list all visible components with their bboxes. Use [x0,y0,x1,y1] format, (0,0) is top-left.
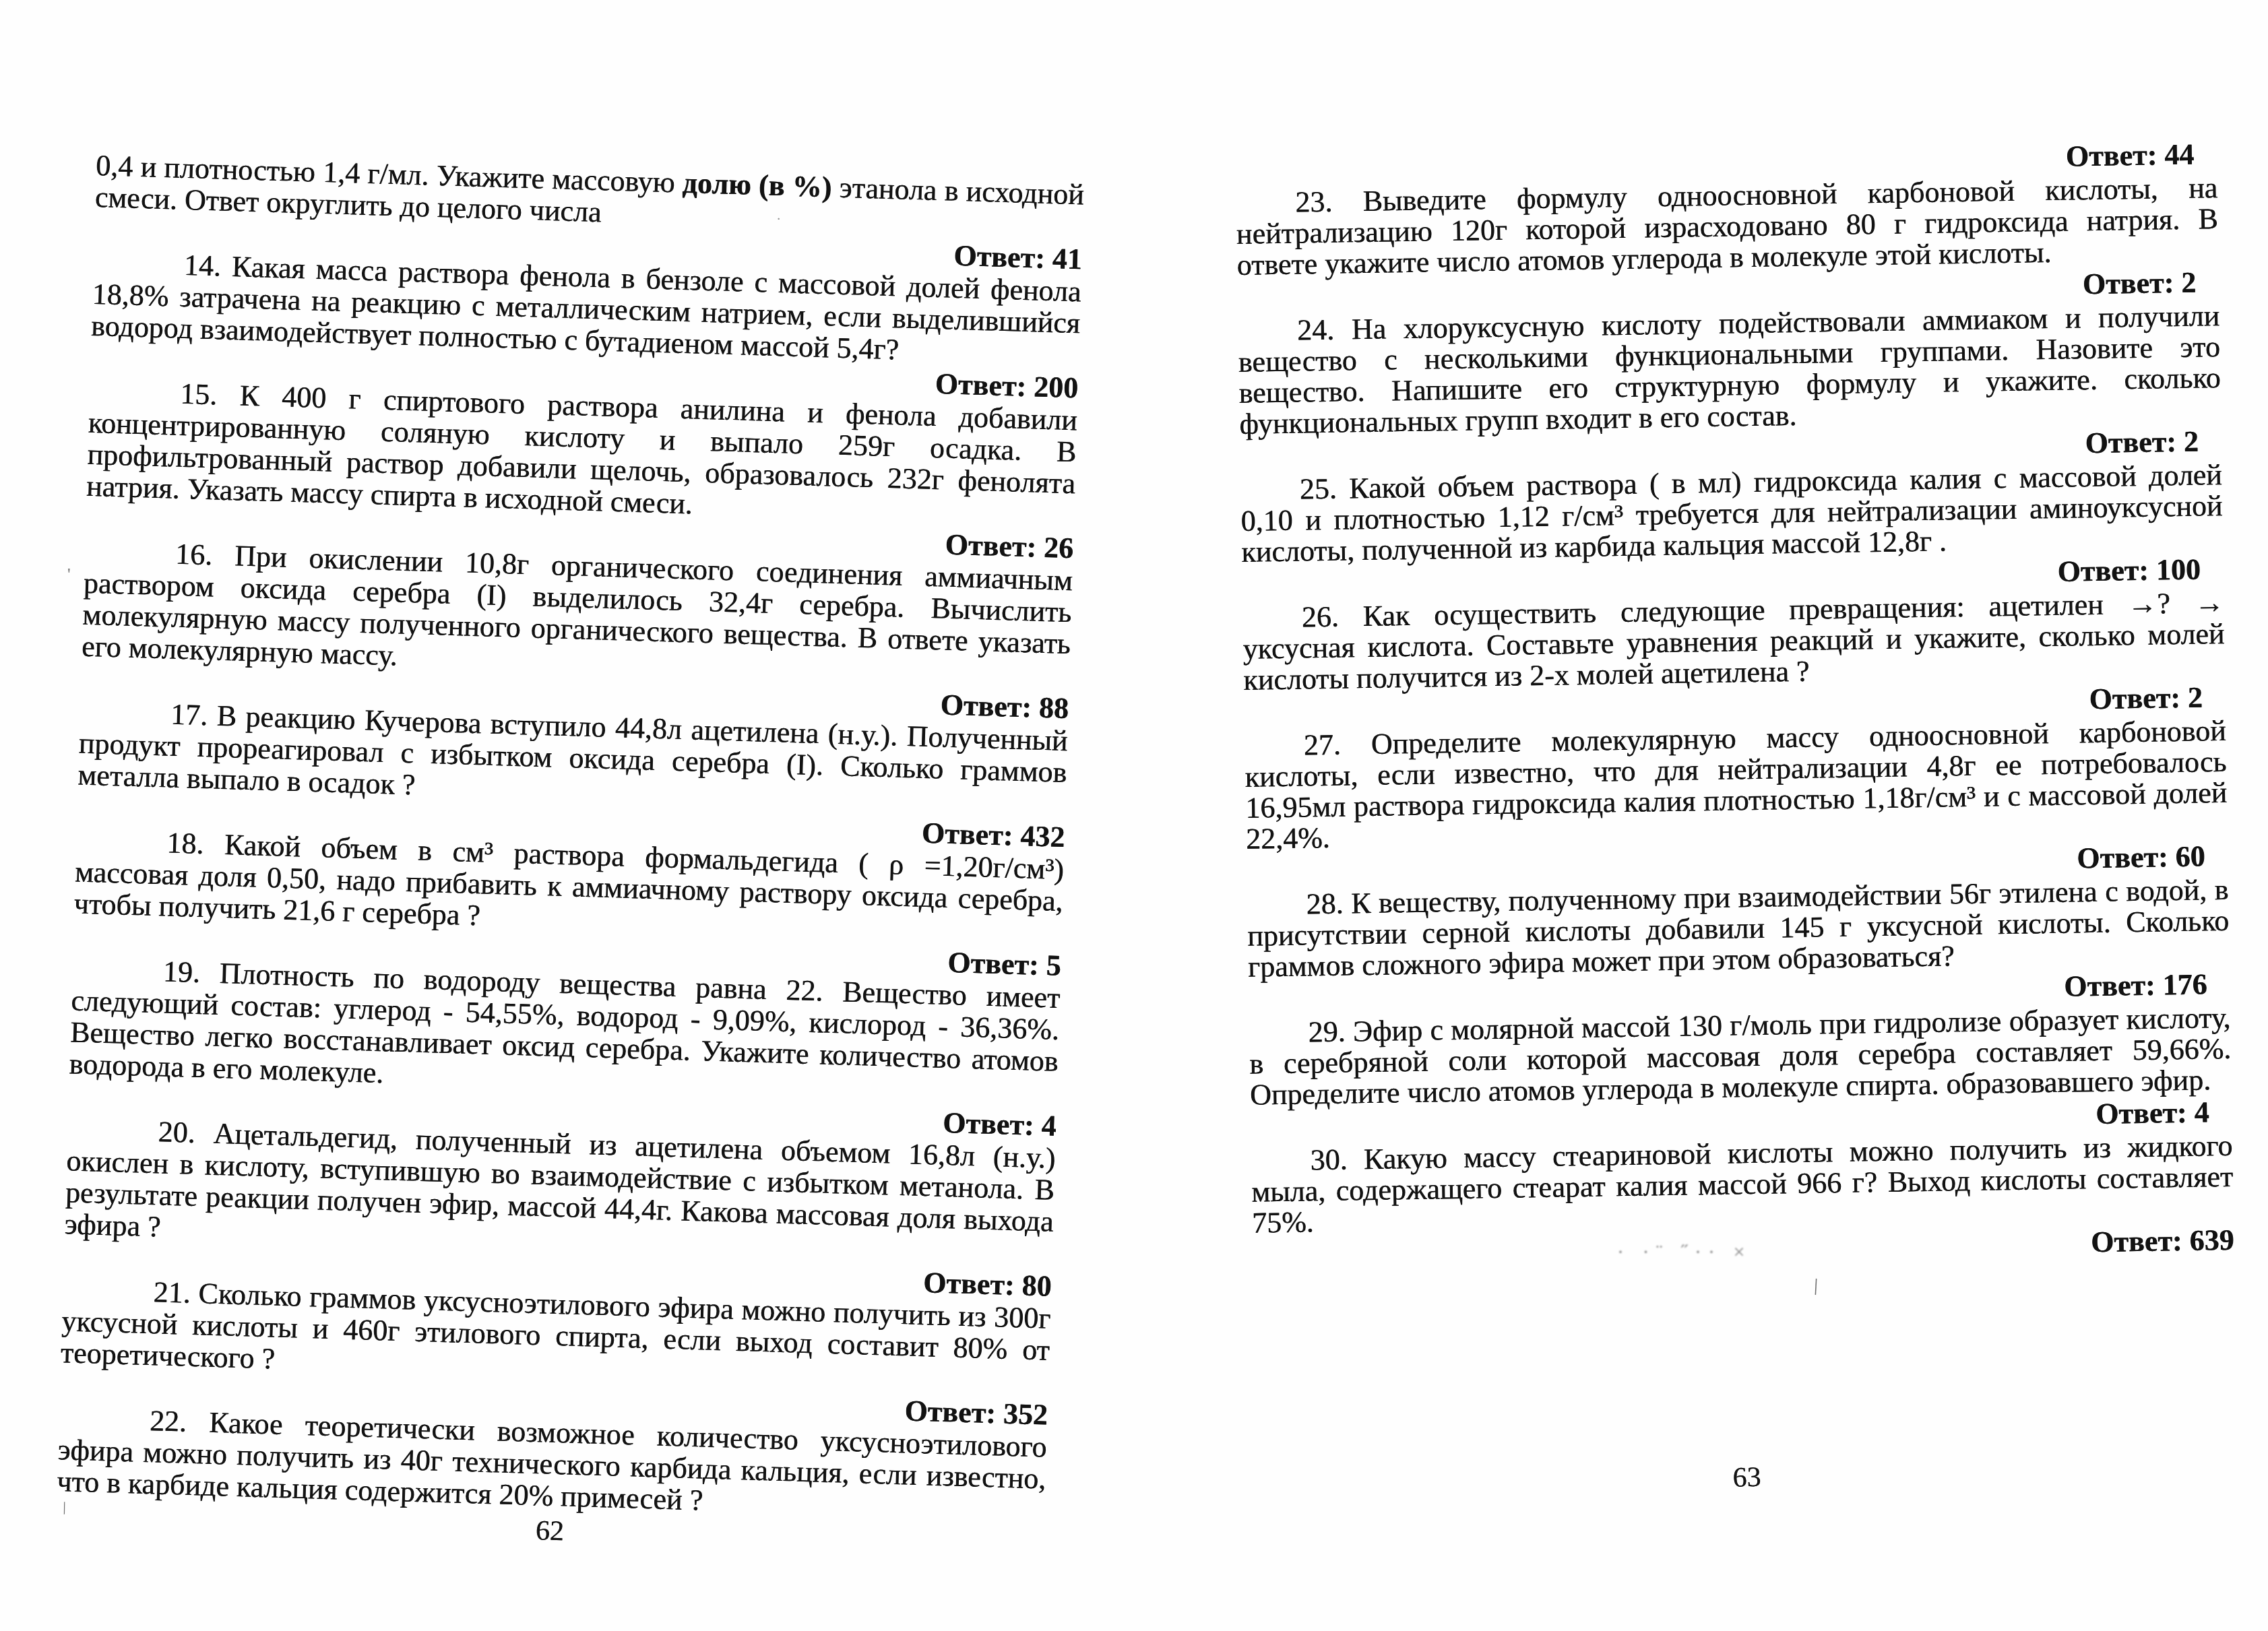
problem-29-text: 29. Эфир с молярной массой 130 г/моль пр… [1249,1002,2232,1111]
problem-28-text: 28. К веществу, полученному при взаимоде… [1247,874,2230,983]
problem-13-text-bold: долю (в %) [682,166,832,204]
problem-23-text: 23. Выведите формулу одноосновной карбон… [1236,172,2219,281]
scan-artifact-dot: · [776,210,781,228]
problem-26-text: 26. Как осуществить следующие превращени… [1242,587,2225,696]
scan-artifact-margin-tick: ' [67,566,71,583]
scan-artifact-smudge: · ·¨ ˝·· × [1617,1244,1846,1261]
page-62: 0,4 и плотностью 1,4 г/мл. Укажите массо… [55,150,1084,1562]
page-63: Ответ: 44 23. Выведите формулу однооснов… [1235,137,2238,1501]
page-number-right: 63 [1256,1454,2238,1501]
problem-30-text: 30. Какую массу стеариновой кислоты можн… [1251,1130,2234,1239]
problem-25-text: 25. Какой объем раствора ( в мл) гидрокс… [1240,459,2224,568]
problem-27-text: 27. Определите молекулярную массу одноос… [1244,715,2228,855]
problem-24-text: 24. На хлоруксусную кислоту подействовал… [1238,300,2222,440]
scanned-book-spread: 0,4 и плотностью 1,4 г/мл. Укажите массо… [0,0,2268,1631]
